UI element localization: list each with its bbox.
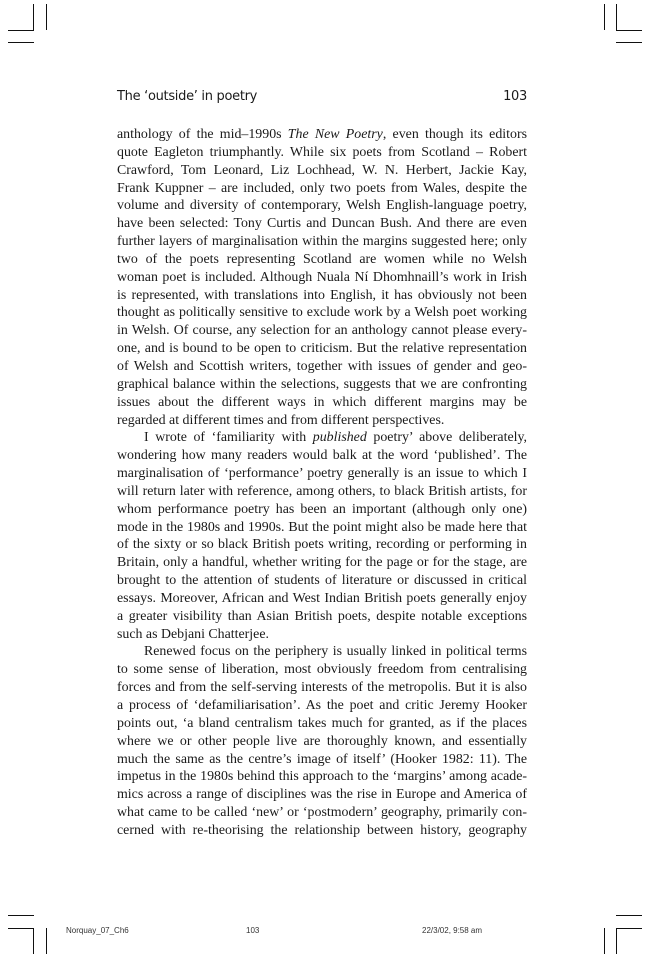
text-line: one, and is bound to be open to criticis… [117, 340, 527, 358]
text-line: of Welsh and Scottish writers, together … [117, 358, 527, 376]
text-segment: two of the poets representing Scotland a… [117, 252, 527, 267]
text-line: quote Eagleton triumphantly. While six p… [117, 144, 527, 162]
text-segment: anthology of the mid–1990s [117, 127, 288, 142]
text-line: forces and from the self-serving interes… [117, 679, 527, 697]
body-text: anthology of the mid–1990s The New Poetr… [117, 126, 527, 840]
text-segment: much the same as the centre’s image of i… [117, 752, 527, 767]
crop-mark-top-left-horizontal-upper [8, 30, 34, 31]
crop-mark-top-left-vertical-inner [33, 4, 34, 30]
text-line: to some sense of liberation, most obviou… [117, 661, 527, 679]
crop-mark-bottom-left-vertical-outer [46, 928, 47, 954]
text-segment: is represented, with translations into E… [117, 288, 527, 303]
text-segment: a process of ‘defamiliarisation’. As the… [117, 698, 527, 713]
text-segment: of the sixty or so black British poets w… [117, 537, 527, 552]
text-line: a process of ‘defamiliarisation’. As the… [117, 697, 527, 715]
text-segment: graphical balance within the selections,… [117, 377, 527, 392]
crop-mark-bottom-left-horizontal-upper [8, 915, 34, 916]
crop-mark-bottom-left-horizontal-lower [8, 928, 34, 929]
text-segment: issues about the different ways in which… [117, 395, 527, 410]
text-line: points out, ‘a bland centralism takes mu… [117, 715, 527, 733]
text-line: wondering how many readers would balk at… [117, 447, 527, 465]
text-segment: Britain, only a handful, whether writing… [117, 555, 527, 570]
text-line: woman poet is included. Although Nuala N… [117, 269, 527, 287]
text-segment: volume and diversity of contemporary, We… [117, 198, 527, 213]
text-line: in Welsh. Of course, any selection for a… [117, 322, 527, 340]
paragraph: anthology of the mid–1990s The New Poetr… [117, 126, 527, 429]
text-segment: I wrote of ‘familiarity with [144, 430, 313, 445]
text-segment: regarded at different times and from dif… [117, 413, 444, 428]
text-line: a greater visibility than Asian British … [117, 608, 527, 626]
crop-mark-bottom-left-vertical-inner [33, 928, 34, 954]
text-line: Crawford, Tom Leonard, Liz Lochhead, W. … [117, 162, 527, 180]
text-line: regarded at different times and from dif… [117, 412, 527, 430]
text-line: marginalisation of ‘performance’ poetry … [117, 465, 527, 483]
crop-mark-bottom-right-vertical-outer [604, 928, 605, 954]
text-line: volume and diversity of contemporary, We… [117, 197, 527, 215]
text-segment: , even though its editors [383, 127, 527, 142]
text-line: where we or other people live are thorou… [117, 733, 527, 751]
crop-mark-top-right-vertical-outer [604, 4, 605, 30]
text-line: mics across a range of disciplines was t… [117, 786, 527, 804]
running-head-title: The ‘outside’ in poetry [117, 89, 257, 104]
text-segment: woman poet is included. Although Nuala N… [117, 270, 527, 285]
text-segment: will return later with reference, among … [117, 484, 527, 499]
running-head: The ‘outside’ in poetry 103 [117, 89, 527, 109]
text-segment: forces and from the self-serving interes… [117, 680, 527, 695]
italic-title: The New Poetry [288, 127, 383, 142]
text-segment: wondering how many readers would balk at… [117, 448, 527, 463]
text-segment: what came to be called ‘new’ or ‘postmod… [117, 805, 527, 820]
text-segment: brought to the attention of students of … [117, 573, 527, 588]
text-line: have been selected: Tony Curtis and Dunc… [117, 215, 527, 233]
slug-page: 103 [246, 926, 259, 935]
paragraph: I wrote of ‘familiarity with published p… [117, 429, 527, 643]
text-line: impetus in the 1980s behind this approac… [117, 768, 527, 786]
text-line: mode in the 1980s and 1990s. But the poi… [117, 519, 527, 537]
slug-timestamp: 22/3/02, 9:58 am [422, 926, 482, 935]
text-segment: whom performance poetry has been an impo… [117, 502, 527, 517]
text-segment: essays. Moreover, African and West India… [117, 591, 527, 606]
crop-mark-top-left-horizontal-lower [8, 42, 34, 43]
text-segment: Renewed focus on the periphery is usuall… [144, 644, 527, 659]
crop-mark-top-right-horizontal-upper [616, 30, 642, 31]
text-line: issues about the different ways in which… [117, 394, 527, 412]
crop-mark-bottom-right-vertical-inner [616, 928, 617, 954]
crop-mark-bottom-right-horizontal-lower [616, 928, 642, 929]
text-line: thought as politically sensitive to excl… [117, 304, 527, 322]
text-line: of the sixty or so black British poets w… [117, 536, 527, 554]
text-segment: in Welsh. Of course, any selection for a… [117, 323, 527, 338]
crop-mark-top-right-horizontal-lower [616, 42, 642, 43]
text-line: anthology of the mid–1990s The New Poetr… [117, 126, 527, 144]
text-segment: cerned with re-theorising the relationsh… [117, 823, 527, 838]
text-segment: poetry’ above deliberately, [367, 430, 527, 445]
text-line: Britain, only a handful, whether writing… [117, 554, 527, 572]
text-line: two of the poets representing Scotland a… [117, 251, 527, 269]
text-segment: thought as politically sensitive to excl… [117, 305, 527, 320]
text-segment: Frank Kuppner – are included, only two p… [117, 181, 527, 196]
text-line: is represented, with translations into E… [117, 287, 527, 305]
paragraph: Renewed focus on the periphery is usuall… [117, 643, 527, 839]
text-segment: of Welsh and Scottish writers, together … [117, 359, 527, 374]
text-segment: mics across a range of disciplines was t… [117, 787, 527, 802]
text-line: further layers of marginalisation within… [117, 233, 527, 251]
crop-mark-top-left-vertical-outer [46, 4, 47, 30]
text-segment: where we or other people live are thorou… [117, 734, 527, 749]
text-line: brought to the attention of students of … [117, 572, 527, 590]
text-segment: a greater visibility than Asian British … [117, 609, 527, 624]
text-line: such as Debjani Chatterjee. [117, 626, 527, 644]
crop-mark-bottom-right-horizontal-upper [616, 915, 642, 916]
text-segment: mode in the 1980s and 1990s. But the poi… [117, 520, 527, 535]
page-number: 103 [503, 89, 527, 104]
text-line: much the same as the centre’s image of i… [117, 751, 527, 769]
text-segment: marginalisation of ‘performance’ poetry … [117, 466, 527, 481]
text-line: whom performance poetry has been an impo… [117, 501, 527, 519]
text-segment: such as Debjani Chatterjee. [117, 627, 269, 642]
text-line: what came to be called ‘new’ or ‘postmod… [117, 804, 527, 822]
text-segment: to some sense of liberation, most obviou… [117, 662, 527, 677]
text-segment: further layers of marginalisation within… [117, 234, 527, 249]
text-segment: Crawford, Tom Leonard, Liz Lochhead, W. … [117, 163, 527, 178]
crop-mark-top-right-vertical-inner [616, 4, 617, 30]
text-line: Frank Kuppner – are included, only two p… [117, 180, 527, 198]
text-line: graphical balance within the selections,… [117, 376, 527, 394]
italic-title: published [313, 430, 367, 445]
text-line: essays. Moreover, African and West India… [117, 590, 527, 608]
text-segment: impetus in the 1980s behind this approac… [117, 769, 527, 784]
text-segment: quote Eagleton triumphantly. While six p… [117, 145, 527, 160]
text-segment: one, and is bound to be open to criticis… [117, 341, 527, 356]
text-line: Renewed focus on the periphery is usuall… [117, 643, 527, 661]
text-segment: points out, ‘a bland centralism takes mu… [117, 716, 527, 731]
text-line: will return later with reference, among … [117, 483, 527, 501]
slug-filename: Norquay_07_Ch6 [66, 926, 129, 935]
text-line: I wrote of ‘familiarity with published p… [117, 429, 527, 447]
text-segment: have been selected: Tony Curtis and Dunc… [117, 216, 527, 231]
text-line: cerned with re-theorising the relationsh… [117, 822, 527, 840]
